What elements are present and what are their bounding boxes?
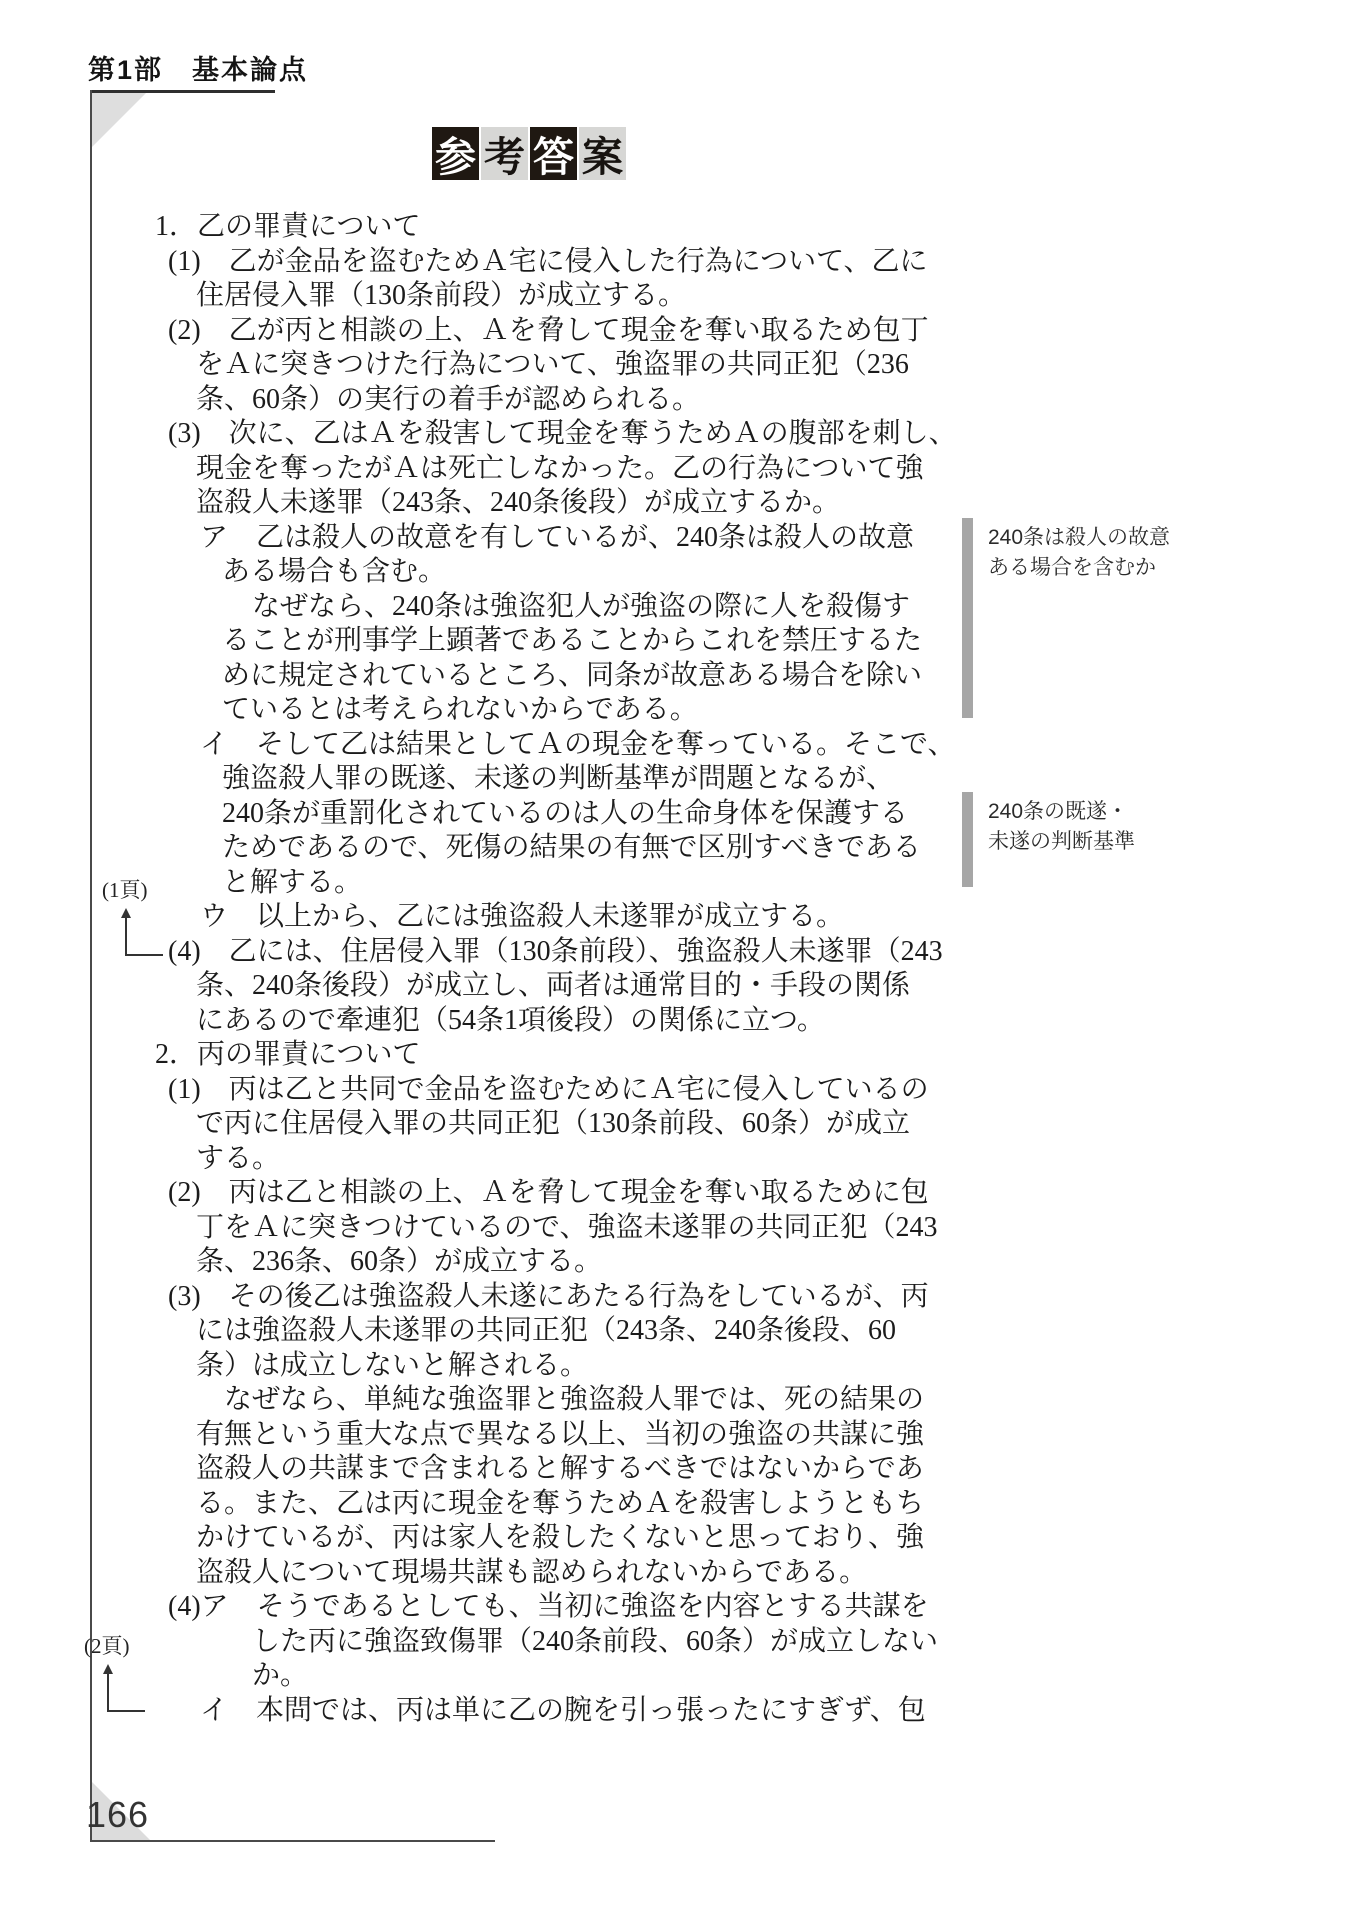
text-line: (2) 乙が丙と相談の上、Ａを脅して現金を奪い取るため包丁 — [168, 314, 1060, 349]
text-line: なぜなら、単純な強盗罪と強盗殺人罪では、死の結果の — [224, 1383, 1060, 1418]
margin-note-text: 240条の既遂・ 未遂の判断基準 — [988, 797, 1135, 857]
text-line: 条、60条）の実行の着手が認められる。 — [196, 383, 1060, 418]
text-line: めに規定されているところ、同条が故意ある場合を除い — [222, 659, 1060, 694]
corner-triangle-top — [92, 93, 146, 147]
text-line: (3) 次に、乙はＡを殺害して現金を奪うためＡの腹部を刺し、 — [168, 417, 1060, 452]
text-line: した丙に強盗致傷罪（240条前段、60条）が成立しない — [252, 1625, 1060, 1660]
page-ref-arrow-line — [107, 1672, 109, 1712]
text-line: なぜなら、240条は強盗犯人が強盗の際に人を殺傷す — [252, 590, 1060, 625]
text-line: 強盗殺人罪の既遂、未遂の判断基準が問題となるが、 — [222, 762, 1060, 797]
text-line: (4)ア そうであるとしても、当初に強盗を内容とする共謀を — [168, 1590, 1060, 1625]
text-line: る。また、乙は丙に現金を奪うためＡを殺害しようともち — [196, 1487, 1060, 1522]
text-line: ウ 以上から、乙には強盗殺人未遂罪が成立する。 — [200, 900, 1060, 935]
text-line: 条、236条、60条）が成立する。 — [196, 1245, 1060, 1280]
text-line: する。 — [196, 1142, 1060, 1177]
text-line: 有無という重大な点で異なる以上、当初の強盗の共謀に強 — [196, 1418, 1060, 1453]
answer-text: 1．乙の罪責について(1) 乙が金品を盗むためＡ宅に侵入した行為について、乙に住… — [0, 210, 1060, 1728]
page-marker: (2頁) — [84, 1630, 174, 1720]
text-line: 240条が重罰化されているのは人の生命身体を保護する — [222, 797, 1060, 832]
answer-title: 参考答案 — [432, 127, 626, 180]
text-line: 2．丙の罪責について — [155, 1038, 1060, 1073]
text-line: ているとは考えられないからである。 — [222, 693, 1060, 728]
title-char: 考 — [481, 127, 528, 180]
title-char: 答 — [530, 127, 577, 180]
text-line: 住居侵入罪（130条前段）が成立する。 — [196, 279, 1060, 314]
text-line: イ 本問では、丙は単に乙の腕を引っ張ったにすぎず、包 — [200, 1694, 1060, 1729]
page-ref-arrow-base — [107, 1710, 145, 1712]
text-line: (2) 丙は乙と相談の上、Ａを脅して現金を奪い取るために包 — [168, 1176, 1060, 1211]
text-line: 現金を奪ったがＡは死亡しなかった。乙の行為について強 — [196, 452, 1060, 487]
text-line: には強盗殺人未遂罪の共同正犯（243条、240条後段、60 — [196, 1314, 1060, 1349]
text-line: 1．乙の罪責について — [155, 210, 1060, 245]
margin-note-bar — [962, 792, 973, 887]
page-marker: (1頁) — [102, 874, 192, 964]
chapter-header: 第1部 基本論点 — [88, 48, 308, 87]
text-line: イ そして乙は結果としてＡの現金を奪っている。そこで、 — [200, 728, 1060, 763]
text-line: 盗殺人未遂罪（243条、240条後段）が成立するか。 — [196, 486, 1060, 521]
page-ref-arrow-base — [125, 954, 163, 956]
text-line: をＡに突きつけた行為について、強盗罪の共同正犯（236 — [196, 348, 1060, 383]
text-line: 条、240条後段）が成立し、両者は通常目的・手段の関係 — [196, 969, 1060, 1004]
page-marker-label: (2頁) — [84, 1630, 130, 1660]
margin-note-bar — [962, 518, 973, 718]
text-line: か。 — [252, 1659, 1060, 1694]
page-marker-label: (1頁) — [102, 874, 148, 904]
text-line: ることが刑事学上顕著であることからこれを禁圧するた — [222, 624, 1060, 659]
text-line: で丙に住居侵入罪の共同正犯（130条前段、60条）が成立 — [196, 1107, 1060, 1142]
text-line: (1) 丙は乙と共同で金品を盗むためにＡ宅に侵入しているの — [168, 1073, 1060, 1108]
text-line: にあるので牽連犯（54条1項後段）の関係に立つ。 — [196, 1004, 1060, 1039]
text-line: (1) 乙が金品を盗むためＡ宅に侵入した行為について、乙に — [168, 245, 1060, 280]
text-line: と解する。 — [222, 866, 1060, 901]
text-line: 丁をＡに突きつけているので、強盗未遂罪の共同正犯（243 — [196, 1211, 1060, 1246]
text-line: 盗殺人の共謀まで含まれると解するべきではないからであ — [196, 1452, 1060, 1487]
text-line: かけているが、丙は家人を殺したくないと思っており、強 — [196, 1521, 1060, 1556]
document-page: 第1部 基本論点 166 参考答案 1．乙の罪責について(1) 乙が金品を盗むた… — [0, 0, 1350, 1920]
text-line: ある場合も含む。 — [222, 555, 1060, 590]
page-number: 166 — [86, 1794, 149, 1836]
text-line: ア 乙は殺人の故意を有しているが、240条は殺人の故意 — [200, 521, 1060, 556]
text-line: (3) その後乙は強盗殺人未遂にあたる行為をしているが、丙 — [168, 1280, 1060, 1315]
title-char: 案 — [579, 127, 626, 180]
page-ref-arrow-line — [125, 916, 127, 956]
text-line: ためであるので、死傷の結果の有無で区別すべきである — [222, 831, 1060, 866]
text-line: 盗殺人について現場共謀も認められないからである。 — [196, 1556, 1060, 1591]
margin-note-text: 240条は殺人の故意 ある場合を含むか — [988, 523, 1170, 583]
text-line: (4) 乙には、住居侵入罪（130条前段）、強盗殺人未遂罪（243 — [168, 935, 1060, 970]
title-char: 参 — [432, 127, 479, 180]
bottom-border-line — [90, 1840, 495, 1842]
text-line: 条）は成立しないと解される。 — [196, 1349, 1060, 1384]
